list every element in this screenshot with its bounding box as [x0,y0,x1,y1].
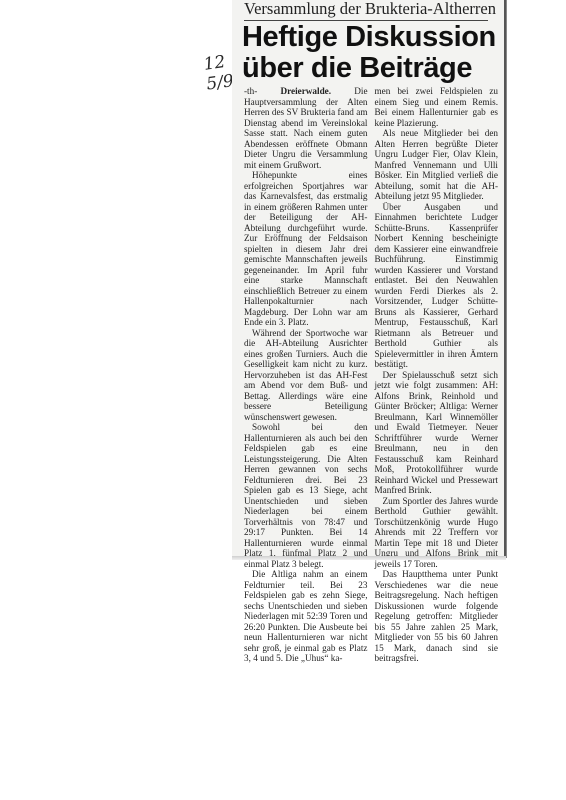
article-paragraph: men bei zwei Feldspielen zu einem Sieg u… [375,86,499,128]
article-paragraph: Als neue Mitglieder bei den Alten Herren… [375,128,499,202]
article-paragraph: Die Altliga nahm an einem Feldturnier te… [244,569,368,664]
article-paragraph: Sowohl bei den Hallenturnieren als auch … [244,422,368,569]
article-paragraph: Während der Sportwoche war die AH-Abteil… [244,328,368,423]
dateline: Dreierwalde. [280,86,331,96]
newspaper-clipping: Versammlung der Brukteria-Altherren Heft… [232,0,506,558]
article-kicker: Versammlung der Brukteria-Altherren [244,0,488,21]
article-column-1: -th- Dreierwalde. Die Hauptversammlung d… [244,86,368,664]
paragraph-text: Die Hauptversammlung der Alten Herren de… [244,86,368,170]
article-paragraph: Höhepunkte eines erfolgreichen Sportjahr… [244,170,368,328]
article-paragraph: -th- Dreierwalde. Die Hauptversammlung d… [244,86,368,170]
article-paragraph: Der Spielausschuß setzt sich jetzt wie f… [375,370,499,496]
byline: -th- [244,86,257,96]
article-column-2: men bei zwei Feldspielen zu einem Sieg u… [375,86,499,664]
clipping-bottom-edge [232,556,506,560]
article-headline: Heftige Diskussion über die Beiträge [242,22,502,84]
article-paragraph: Das Hauptthema unter Punkt Verschiedenes… [375,569,499,664]
article-paragraph: Über Ausgaben und Einnahmen berichtete L… [375,202,499,370]
article-body: -th- Dreierwalde. Die Hauptversammlung d… [244,86,498,664]
